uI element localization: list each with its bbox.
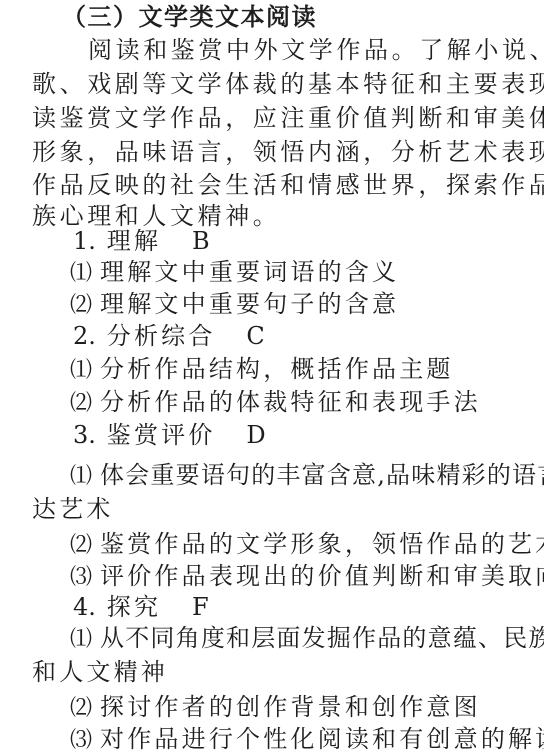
item-text: 分析作品结构，概括作品主题 bbox=[100, 355, 454, 383]
ability-heading-3: 3. 鉴赏评价 D bbox=[73, 420, 266, 450]
item-text: 从不同角度和层面发掘作品的意蕴、民族心理 bbox=[100, 624, 544, 652]
intro-line-2: 歌、戏剧等文学体裁的基本特征和主要表现手法。阅 bbox=[32, 69, 544, 99]
item-label: ⑵ bbox=[70, 391, 92, 416]
ability-4-item-1-continuation: 和人文精神 bbox=[32, 657, 168, 687]
item-text: 理解文中重要词语的含义 bbox=[100, 258, 399, 286]
ability-number: 3. bbox=[73, 421, 96, 449]
ability-1-item-1: ⑴理解文中重要词语的含义 bbox=[70, 257, 399, 287]
ability-heading-1: 1. 理解 B bbox=[73, 226, 210, 256]
ability-heading-2: 2. 分析综合 C bbox=[73, 321, 265, 351]
item-text: 鉴赏作品的文学形象，领悟作品的艺术魅力 bbox=[100, 530, 544, 558]
item-label: ⑴ bbox=[70, 464, 92, 489]
item-label: ⑴ bbox=[70, 358, 92, 383]
ability-grade: B bbox=[192, 227, 210, 255]
ability-number: 1. bbox=[73, 227, 96, 255]
ability-2-item-1: ⑴分析作品结构，概括作品主题 bbox=[70, 354, 454, 384]
ability-3-item-2: ⑵鉴赏作品的文学形象，领悟作品的艺术魅力 bbox=[70, 529, 544, 559]
intro-line-4: 形象，品味语言，领悟内涵，分析艺术表现力，理解 bbox=[32, 137, 544, 167]
section-title: （三）文学类文本阅读 bbox=[62, 2, 317, 32]
item-text: 对作品进行个性化阅读和有创意的解读 bbox=[100, 725, 544, 753]
ability-grade: C bbox=[246, 322, 264, 350]
item-label: ⑵ bbox=[70, 696, 92, 721]
ability-1-item-2: ⑵理解文中重要句子的含意 bbox=[70, 289, 399, 319]
ability-4-item-3: ⑶对作品进行个性化阅读和有创意的解读 bbox=[70, 724, 544, 754]
ability-name: 理解 bbox=[107, 227, 161, 255]
intro-line-3: 读鉴赏文学作品，应注重价值判断和审美体验，感受 bbox=[32, 103, 544, 133]
ability-4-item-1: ⑴从不同角度和层面发掘作品的意蕴、民族心理 bbox=[70, 623, 544, 653]
ability-grade: F bbox=[192, 593, 209, 621]
ability-name: 探究 bbox=[107, 593, 161, 621]
ability-name: 鉴赏评价 bbox=[107, 421, 216, 449]
item-label: ⑴ bbox=[70, 261, 92, 286]
item-text: 理解文中重要句子的含意 bbox=[100, 290, 399, 318]
item-label: ⑵ bbox=[70, 533, 92, 558]
item-label: ⑴ bbox=[70, 627, 92, 652]
ability-4-item-2: ⑵探讨作者的创作背景和创作意图 bbox=[70, 692, 481, 722]
ability-3-item-1-continuation: 达艺术 bbox=[32, 494, 114, 524]
ability-grade: D bbox=[246, 421, 265, 449]
item-label: ⑶ bbox=[70, 565, 92, 590]
ability-heading-4: 4. 探究 F bbox=[73, 592, 209, 622]
item-text: 探讨作者的创作背景和创作意图 bbox=[100, 693, 481, 721]
item-text: 分析作品的体裁特征和表现手法 bbox=[100, 388, 481, 416]
item-label: ⑶ bbox=[70, 728, 92, 753]
item-text: 评价作品表现出的价值判断和审美取向 bbox=[100, 562, 544, 590]
ability-name: 分析综合 bbox=[107, 322, 216, 350]
ability-number: 4. bbox=[73, 593, 96, 621]
ability-3-item-3: ⑶评价作品表现出的价值判断和审美取向 bbox=[70, 561, 544, 591]
ability-2-item-2: ⑵分析作品的体裁特征和表现手法 bbox=[70, 387, 481, 417]
ability-3-item-1: ⑴体会重要语句的丰富含意,品味精彩的语言表 bbox=[70, 460, 544, 490]
intro-line-1: 阅读和鉴赏中外文学作品。了解小说、散文、诗 bbox=[88, 35, 544, 65]
document-page: （三）文学类文本阅读 阅读和鉴赏中外文学作品。了解小说、散文、诗 歌、戏剧等文学… bbox=[0, 0, 544, 756]
intro-line-5: 作品反映的社会生活和情感世界，探索作品蕴涵的民 bbox=[32, 170, 544, 200]
item-label: ⑵ bbox=[70, 293, 92, 318]
item-text: 体会重要语句的丰富含意,品味精彩的语言表 bbox=[100, 461, 544, 489]
ability-number: 2. bbox=[73, 322, 96, 350]
